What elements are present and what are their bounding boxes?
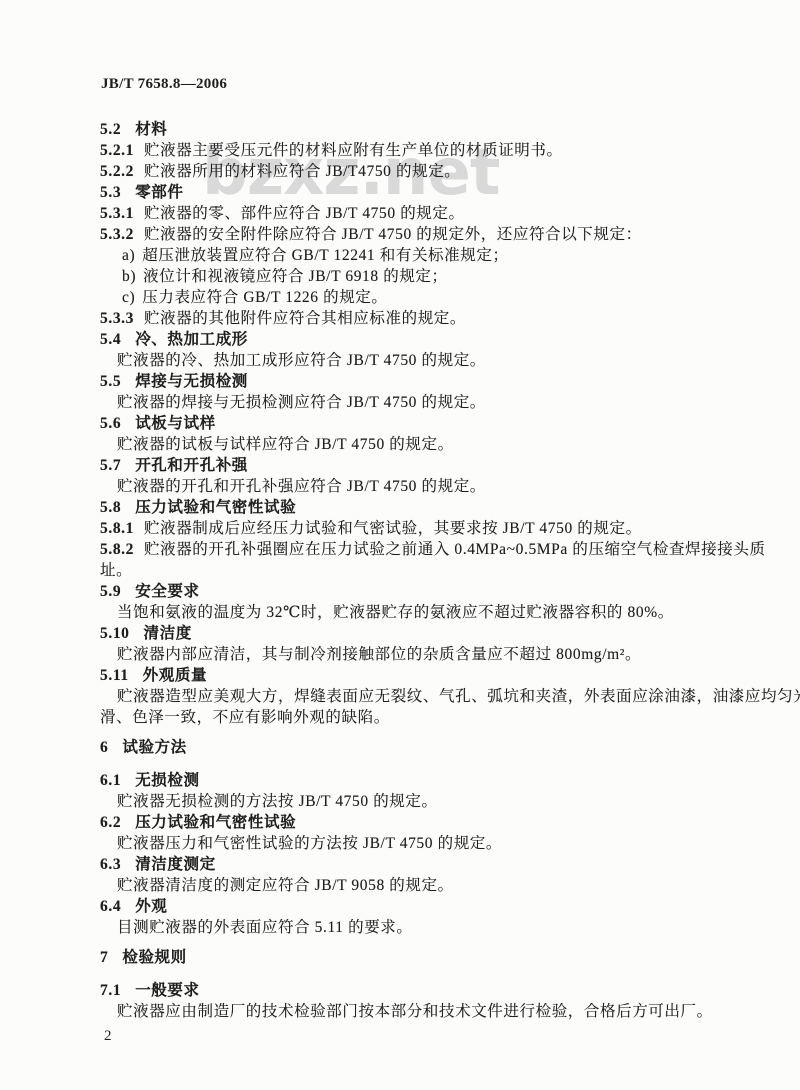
clause-number: 5.2 bbox=[100, 121, 121, 138]
clause-number: 5.3.2 bbox=[100, 226, 134, 243]
line-text: 贮液器压力和气密性试验的方法按 JB/T 4750 的规定。 bbox=[117, 835, 502, 852]
body-paragraph: 贮液器无损检测的方法按 JB/T 4750 的规定。 bbox=[100, 791, 765, 812]
line-text: 清洁度 bbox=[144, 625, 192, 642]
line-text: 贮液器的零、部件应符合 JB/T 4750 的规定。 bbox=[144, 205, 465, 222]
body-paragraph: 贮液器的开孔和开孔补强应符合 JB/T 4750 的规定。 bbox=[100, 476, 765, 497]
line-text: 贮液器无损检测的方法按 JB/T 4750 的规定。 bbox=[117, 793, 438, 810]
section-heading: 5.5焊接与无损检测 bbox=[100, 371, 765, 392]
body-paragraph: 贮液器造型应美观大方，焊缝表面应无裂纹、气孔、弧坑和夹渣，外表面应涂油漆，油漆应… bbox=[100, 686, 765, 707]
section-heading: 6.3清洁度测定 bbox=[100, 854, 765, 875]
section-heading: 5.11外观质量 bbox=[100, 665, 765, 686]
clause-number: 5.5 bbox=[100, 373, 121, 390]
clause-paragraph: 5.8.2贮液器的开孔补强圈应在压力试验之前通入 0.4MPa~0.5MPa 的… bbox=[100, 539, 765, 560]
line-text: 贮液器应由制造厂的技术检验部门按本部分和技术文件进行检验，合格后方可出厂。 bbox=[117, 1003, 713, 1020]
clause-number: a) bbox=[122, 247, 135, 264]
line-text: 无损检测 bbox=[135, 772, 199, 789]
clause-number: 5.3.1 bbox=[100, 205, 134, 222]
line-text: 贮液器的其他附件应符合其相应标准的规定。 bbox=[144, 310, 466, 327]
line-text: 贮液器内部应清洁，其与制冷剂接触部位的杂质含量应不超过 800mg/m²。 bbox=[117, 646, 641, 663]
line-text: 滑、色泽一致，不应有影响外观的缺陷。 bbox=[100, 709, 390, 726]
line-text: 焊接与无损检测 bbox=[135, 373, 248, 390]
section-heading: 6.4外观 bbox=[100, 896, 765, 917]
clause-number: 5.8 bbox=[100, 499, 121, 516]
line-text: 贮液器主要受压元件的材料应附有生产单位的材质证明书。 bbox=[144, 142, 563, 159]
clause-paragraph: 5.2.2贮液器所用的材料应符合 JB/T4750 的规定。 bbox=[100, 161, 765, 182]
clause-paragraph: 5.3.2贮液器的安全附件除应符合 JB/T 4750 的规定外，还应符合以下规… bbox=[100, 224, 765, 245]
body-paragraph: 目测贮液器的外表面应符合 5.11 的要求。 bbox=[100, 917, 765, 938]
section-heading: 5.6试板与试样 bbox=[100, 413, 765, 434]
line-text: 超压泄放装置应符合 GB/T 12241 和有关标准规定； bbox=[142, 247, 508, 264]
clause-number: 6.1 bbox=[100, 772, 121, 789]
clause-paragraph: 5.3.3贮液器的其他附件应符合其相应标准的规定。 bbox=[100, 308, 765, 329]
line-text: 贮液器制成后应经压力试验和气密试验，其要求按 JB/T 4750 的规定。 bbox=[144, 520, 642, 537]
clause-number: 5.2.2 bbox=[100, 163, 134, 180]
body-paragraph: 贮液器压力和气密性试验的方法按 JB/T 4750 的规定。 bbox=[100, 833, 765, 854]
section-heading: 6.1无损检测 bbox=[100, 770, 765, 791]
body-paragraph: 贮液器的冷、热加工成形应符合 JB/T 4750 的规定。 bbox=[100, 350, 765, 371]
clause-number: 5.6 bbox=[100, 415, 121, 432]
chapter-heading: 7检验规则 bbox=[100, 947, 765, 968]
line-text: 试板与试样 bbox=[135, 415, 216, 432]
line-text: 贮液器的开孔补强圈应在压力试验之前通入 0.4MPa~0.5MPa 的压缩空气检… bbox=[144, 541, 766, 558]
line-text: 外观 bbox=[135, 898, 167, 915]
line-text: 材料 bbox=[135, 121, 167, 138]
continuation-line: 址。 bbox=[100, 560, 765, 581]
section-heading: 5.4冷、热加工成形 bbox=[100, 329, 765, 350]
clause-number: 5.4 bbox=[100, 331, 121, 348]
line-text: 贮液器的试板与试样应符合 JB/T 4750 的规定。 bbox=[117, 436, 454, 453]
section-heading: 5.10清洁度 bbox=[100, 623, 765, 644]
line-text: 试验方法 bbox=[122, 739, 186, 756]
section-heading: 5.3零部件 bbox=[100, 182, 765, 203]
line-text: 址。 bbox=[100, 562, 132, 579]
clause-number: 5.2.1 bbox=[100, 142, 134, 159]
line-text: 贮液器所用的材料应符合 JB/T4750 的规定。 bbox=[144, 163, 460, 180]
line-text: 液位计和视液镜应符合 JB/T 6918 的规定； bbox=[143, 268, 448, 285]
clause-paragraph: 5.2.1贮液器主要受压元件的材料应附有生产单位的材质证明书。 bbox=[100, 140, 765, 161]
body-paragraph: 贮液器应由制造厂的技术检验部门按本部分和技术文件进行检验，合格后方可出厂。 bbox=[100, 1001, 765, 1022]
line-text: 压力表应符合 GB/T 1226 的规定。 bbox=[142, 289, 387, 306]
section-heading: 5.7开孔和开孔补强 bbox=[100, 455, 765, 476]
line-text: 压力试验和气密性试验 bbox=[135, 814, 296, 831]
line-text: 一般要求 bbox=[135, 982, 199, 999]
line-text: 贮液器的安全附件除应符合 JB/T 4750 的规定外，还应符合以下规定： bbox=[144, 226, 642, 243]
clause-number: c) bbox=[122, 289, 135, 306]
clause-number: 5.3.3 bbox=[100, 310, 134, 327]
body-paragraph: 贮液器内部应清洁，其与制冷剂接触部位的杂质含量应不超过 800mg/m²。 bbox=[100, 644, 765, 665]
line-text: 贮液器的冷、热加工成形应符合 JB/T 4750 的规定。 bbox=[117, 352, 486, 369]
line-text: 贮液器造型应美观大方，焊缝表面应无裂纹、气孔、弧坑和夹渣，外表面应涂油漆，油漆应… bbox=[117, 688, 800, 705]
line-text: 贮液器清洁度的测定应符合 JB/T 9058 的规定。 bbox=[117, 877, 454, 894]
line-text: 贮液器的开孔和开孔补强应符合 JB/T 4750 的规定。 bbox=[117, 478, 486, 495]
section-heading: 7.1一般要求 bbox=[100, 980, 765, 1001]
standard-number-header: JB/T 7658.8—2006 bbox=[101, 76, 227, 93]
line-text: 冷、热加工成形 bbox=[135, 331, 248, 348]
clause-number: b) bbox=[122, 268, 136, 285]
clause-number: 5.11 bbox=[100, 667, 129, 684]
line-text: 压力试验和气密性试验 bbox=[135, 499, 296, 516]
clause-paragraph: 5.3.1贮液器的零、部件应符合 JB/T 4750 的规定。 bbox=[100, 203, 765, 224]
line-text: 清洁度测定 bbox=[135, 856, 216, 873]
scanned-document-page: bzxz.net JB/T 7658.8—2006 5.2材料5.2.1贮液器主… bbox=[0, 0, 800, 1090]
body-paragraph: 贮液器的试板与试样应符合 JB/T 4750 的规定。 bbox=[100, 434, 765, 455]
section-heading: 5.8压力试验和气密性试验 bbox=[100, 497, 765, 518]
section-heading: 5.9安全要求 bbox=[100, 581, 765, 602]
page-number: 2 bbox=[104, 1028, 112, 1045]
line-text: 检验规则 bbox=[122, 949, 186, 966]
clause-number: 5.8.1 bbox=[100, 520, 134, 537]
line-text: 零部件 bbox=[135, 184, 183, 201]
section-heading: 5.2材料 bbox=[100, 119, 765, 140]
clause-number: 5.8.2 bbox=[100, 541, 134, 558]
line-text: 贮液器的焊接与无损检测应符合 JB/T 4750 的规定。 bbox=[117, 394, 486, 411]
clause-number: 5.10 bbox=[100, 625, 130, 642]
line-text: 目测贮液器的外表面应符合 5.11 的要求。 bbox=[117, 919, 413, 936]
line-text: 当饱和氨液的温度为 32℃时，贮液器贮存的氨液应不超过贮液器容积的 80%。 bbox=[117, 604, 674, 621]
continuation-line: 滑、色泽一致，不应有影响外观的缺陷。 bbox=[100, 707, 765, 728]
line-text: 开孔和开孔补强 bbox=[135, 457, 248, 474]
clause-number: 6 bbox=[100, 739, 108, 756]
section-heading: 6.2压力试验和气密性试验 bbox=[100, 812, 765, 833]
clause-paragraph: 5.8.1贮液器制成后应经压力试验和气密试验，其要求按 JB/T 4750 的规… bbox=[100, 518, 765, 539]
line-text: 安全要求 bbox=[135, 583, 199, 600]
body-paragraph: 贮液器的焊接与无损检测应符合 JB/T 4750 的规定。 bbox=[100, 392, 765, 413]
clause-number: 5.9 bbox=[100, 583, 121, 600]
clause-number: 5.7 bbox=[100, 457, 121, 474]
body-paragraph: 当饱和氨液的温度为 32℃时，贮液器贮存的氨液应不超过贮液器容积的 80%。 bbox=[100, 602, 765, 623]
clause-number: 5.3 bbox=[100, 184, 121, 201]
clause-number: 7 bbox=[100, 949, 108, 966]
body-paragraph: 贮液器清洁度的测定应符合 JB/T 9058 的规定。 bbox=[100, 875, 765, 896]
clause-number: 6.4 bbox=[100, 898, 121, 915]
clause-number: 6.3 bbox=[100, 856, 121, 873]
clause-number: 7.1 bbox=[100, 982, 121, 999]
chapter-heading: 6试验方法 bbox=[100, 737, 765, 758]
document-body: 5.2材料5.2.1贮液器主要受压元件的材料应附有生产单位的材质证明书。5.2.… bbox=[100, 119, 765, 1022]
list-item: b)液位计和视液镜应符合 JB/T 6918 的规定； bbox=[100, 266, 765, 287]
list-item: a)超压泄放装置应符合 GB/T 12241 和有关标准规定； bbox=[100, 245, 765, 266]
clause-number: 6.2 bbox=[100, 814, 121, 831]
list-item: c)压力表应符合 GB/T 1226 的规定。 bbox=[100, 287, 765, 308]
line-text: 外观质量 bbox=[143, 667, 207, 684]
